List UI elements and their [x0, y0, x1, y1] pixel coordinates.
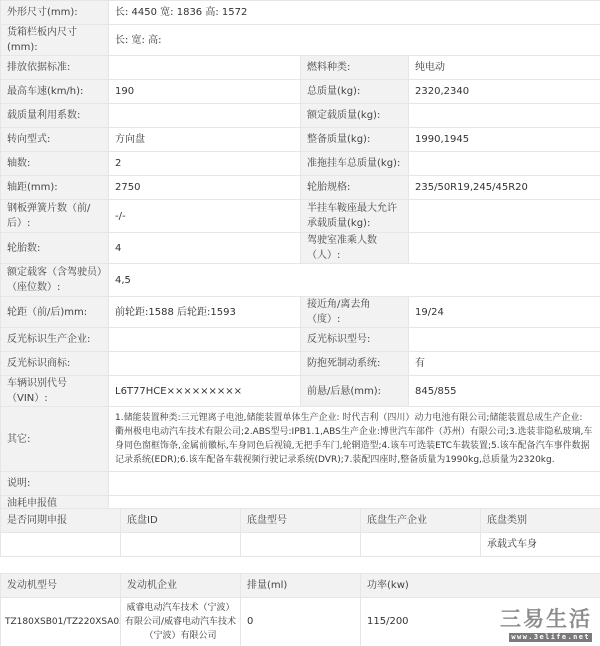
spec-row-cargo-dimensions: 货箱栏板内尺寸(mm): 长: 宽: 高: — [1, 25, 600, 56]
value-reflector-brand — [109, 352, 301, 376]
label-vin: 车辆识别代号（VIN）: — [1, 376, 109, 407]
watermark-url: www.3elife.net — [509, 633, 592, 642]
value-reflector-model — [409, 328, 600, 352]
value-emission-standard — [109, 56, 301, 80]
label-approach-departure: 接近角/离去角（度）: — [301, 297, 409, 328]
watermark-brand: 三易生活 — [497, 607, 592, 631]
header-chassis-maker: 底盘生产企业 — [361, 509, 481, 533]
label-track-width: 轮距（前/后)mm: — [1, 297, 109, 328]
value-fuel-type: 纯电动 — [409, 56, 600, 80]
cell-displacement: 0 — [241, 598, 361, 646]
value-gross-mass: 2320,2340 — [409, 80, 600, 104]
label-dimensions: 外形尺寸(mm): — [1, 1, 109, 25]
spec-row: 反光标识生产企业: 反光标识型号: — [1, 328, 600, 352]
label-other: 其它: — [1, 407, 109, 472]
spec-row: 轮胎数: 4 驾驶室准乘人数（人）: — [1, 233, 600, 264]
spec-row-dimensions: 外形尺寸(mm): 长: 4450 宽: 1836 高: 1572 — [1, 1, 600, 25]
value-max-speed: 190 — [109, 80, 301, 104]
label-reflector-model: 反光标识型号: — [301, 328, 409, 352]
label-cab-occupants: 驾驶室准乘人数（人）: — [301, 233, 409, 264]
label-cargo-dimensions: 货箱栏板内尺寸(mm): — [1, 25, 109, 56]
label-emission-standard: 排放依据标准: — [1, 56, 109, 80]
label-abs: 防抱死制动系统: — [301, 352, 409, 376]
spec-row: 钢板弹簧片数（前/后）: -/- 半挂车鞍座最大允许承载质量(kg): — [1, 200, 600, 233]
value-cab-occupants — [409, 233, 600, 264]
header-power: 功率(kw) — [361, 574, 600, 598]
header-chassis-type: 底盘类别 — [481, 509, 600, 533]
engine-header-row: 发动机型号 发动机企业 排量(ml) 功率(kw) — [1, 574, 600, 598]
spec-row: 转向型式: 方向盘 整备质量(kg): 1990,1945 — [1, 128, 600, 152]
value-vin: L6T77HCE××××××××× — [109, 376, 301, 407]
label-wheelbase: 轴距(mm): — [1, 176, 109, 200]
value-leaf-springs: -/- — [109, 200, 301, 233]
value-abs: 有 — [409, 352, 600, 376]
value-saddle-load — [409, 200, 600, 233]
header-engine-model: 发动机型号 — [1, 574, 121, 598]
header-chassis-model: 底盘型号 — [241, 509, 361, 533]
spec-row: 反光标识商标: 防抱死制动系统: 有 — [1, 352, 600, 376]
label-steering: 转向型式: — [1, 128, 109, 152]
watermark-logo: 三易生活 www.3elife.net — [497, 607, 592, 642]
spec-row: 车辆识别代号（VIN）: L6T77HCE××××××××× 前悬/后悬(mm)… — [1, 376, 600, 407]
value-cargo-dimensions: 长: 宽: 高: — [109, 25, 600, 56]
spec-row: 排放依据标准: 燃料种类: 纯电动 — [1, 56, 600, 80]
label-curb-mass: 整备质量(kg): — [301, 128, 409, 152]
label-notes: 说明: — [1, 472, 109, 496]
header-displacement: 排量(ml) — [241, 574, 361, 598]
cell-chassis-type: 承载式车身 — [481, 533, 600, 557]
value-dimensions: 长: 4450 宽: 1836 高: 1572 — [109, 1, 600, 25]
cell-engine-maker: 威睿电动汽车技术（宁波）有限公司/威睿电动汽车技术（宁波）有限公司 — [121, 598, 241, 646]
header-simultaneous-filing: 是否同期申报 — [1, 509, 121, 533]
cell-engine-model: TZ180XSB01/TZ220XSA02 — [1, 598, 121, 646]
spec-row: 轮距（前/后)mm: 前轮距:1588 后轮距:1593 接近角/离去角（度）:… — [1, 297, 600, 328]
spec-row: 载质量利用系数: 额定载质量(kg): — [1, 104, 600, 128]
label-reflector-maker: 反光标识生产企业: — [1, 328, 109, 352]
cell-chassis-maker — [361, 533, 481, 557]
header-engine-maker: 发动机企业 — [121, 574, 241, 598]
value-overhang: 845/855 — [409, 376, 600, 407]
label-leaf-springs: 钢板弹簧片数（前/后）: — [1, 200, 109, 233]
spec-row: 轴数: 2 准拖挂车总质量(kg): — [1, 152, 600, 176]
cell-chassis-model — [241, 533, 361, 557]
value-tire-spec: 235/50R19,245/45R20 — [409, 176, 600, 200]
value-tire-count: 4 — [109, 233, 301, 264]
value-notes — [109, 472, 600, 496]
label-overhang: 前悬/后悬(mm): — [301, 376, 409, 407]
header-chassis-id: 底盘ID — [121, 509, 241, 533]
chassis-table: 是否同期申报 底盘ID 底盘型号 底盘生产企业 底盘类别 承载式车身 — [0, 508, 600, 557]
table-row: 承载式车身 — [1, 533, 600, 557]
label-rated-load: 额定载质量(kg): — [301, 104, 409, 128]
label-axles: 轴数: — [1, 152, 109, 176]
value-other: 1.储能装置种类:三元锂离子电池,储能装置单体生产企业: 时代吉利（四川）动力电… — [109, 407, 600, 472]
label-tire-count: 轮胎数: — [1, 233, 109, 264]
value-reflector-maker — [109, 328, 301, 352]
vehicle-spec-table: 外形尺寸(mm): 长: 4450 宽: 1836 高: 1572 货箱栏板内尺… — [0, 0, 600, 527]
value-approach-departure: 19/24 — [409, 297, 600, 328]
label-rated-seats: 额定载客（含驾驶员）（座位数）: — [1, 264, 109, 297]
value-rated-load — [409, 104, 600, 128]
value-rated-seats: 4,5 — [109, 264, 600, 297]
spec-row-notes: 说明: — [1, 472, 600, 496]
value-steering: 方向盘 — [109, 128, 301, 152]
label-saddle-load: 半挂车鞍座最大允许承载质量(kg): — [301, 200, 409, 233]
cell-simultaneous-filing — [1, 533, 121, 557]
value-wheelbase: 2750 — [109, 176, 301, 200]
label-tire-spec: 轮胎规格: — [301, 176, 409, 200]
spec-row: 轴距(mm): 2750 轮胎规格: 235/50R19,245/45R20 — [1, 176, 600, 200]
value-curb-mass: 1990,1945 — [409, 128, 600, 152]
value-track-width: 前轮距:1588 后轮距:1593 — [109, 297, 301, 328]
label-load-utilization: 载质量利用系数: — [1, 104, 109, 128]
value-load-utilization — [109, 104, 301, 128]
cell-chassis-id — [121, 533, 241, 557]
label-max-speed: 最高车速(km/h): — [1, 80, 109, 104]
value-trailer-mass — [409, 152, 600, 176]
spec-row: 最高车速(km/h): 190 总质量(kg): 2320,2340 — [1, 80, 600, 104]
spec-row-other: 其它: 1.储能装置种类:三元锂离子电池,储能装置单体生产企业: 时代吉利（四川… — [1, 407, 600, 472]
label-fuel-type: 燃料种类: — [301, 56, 409, 80]
label-gross-mass: 总质量(kg): — [301, 80, 409, 104]
label-trailer-mass: 准拖挂车总质量(kg): — [301, 152, 409, 176]
label-reflector-brand: 反光标识商标: — [1, 352, 109, 376]
value-axles: 2 — [109, 152, 301, 176]
chassis-header-row: 是否同期申报 底盘ID 底盘型号 底盘生产企业 底盘类别 — [1, 509, 600, 533]
spec-row-seats: 额定载客（含驾驶员）（座位数）: 4,5 — [1, 264, 600, 297]
